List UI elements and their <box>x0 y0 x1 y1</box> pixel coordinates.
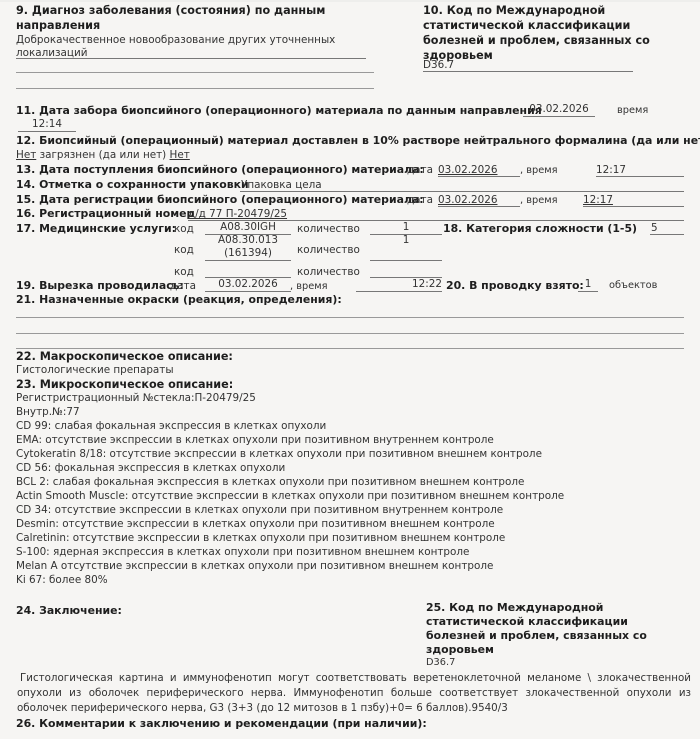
s23-line: Ki 67: более 80% <box>16 573 108 587</box>
s17-row1-code-label: код <box>174 222 194 236</box>
s23-line: CD 99: слабая фокальная экспрессия в кле… <box>16 419 326 433</box>
s21-line-2 <box>16 333 684 334</box>
s13-date: 03.02.2026 <box>438 163 498 177</box>
s12-label: 12. Биопсийный (операционный) материал д… <box>16 133 700 148</box>
s10-label-line3: болезней и проблем, связанных со <box>423 33 650 48</box>
s19-time: 12:22 <box>356 278 442 290</box>
s20-underline <box>578 291 598 292</box>
s20-label: 20. В проводку взято: <box>446 278 584 293</box>
s18-value: 5 <box>651 221 658 235</box>
s10-value: D36.7 <box>423 58 454 72</box>
s23-line: Calretinin: отсутствие экспрессии в клет… <box>16 531 505 545</box>
s17-row2-code-line1: A08.30.013 <box>205 234 291 246</box>
s14-value: Упаковка цела <box>241 178 322 192</box>
s11-time-label: время <box>617 104 648 118</box>
s13-time: 12:17 <box>596 163 626 177</box>
s25-value: D36.7 <box>426 656 455 670</box>
s9-value-line1: Доброкачественное новообразование других… <box>16 33 335 47</box>
s10-label-line1: 10. Код по Международной <box>423 3 605 18</box>
s24-conclusion-text: Гистологическая картина и иммунофенотип … <box>17 671 691 716</box>
s11-time: 12:14 <box>18 118 76 130</box>
s24-label: 24. Заключение: <box>16 603 122 618</box>
s25-label-line4: здоровьем <box>426 642 494 657</box>
s17-row3-code-label: код <box>174 265 194 279</box>
s11-label: 11. Дата забора биопсийного (операционно… <box>16 103 542 118</box>
s15-date-label: дата <box>407 193 433 207</box>
s16-value: д/д 77 П-20479/25 <box>188 207 287 221</box>
s20-unit: объектов <box>609 279 657 293</box>
s17-row1-qty: 1 <box>370 221 442 233</box>
s17-label: 17. Медицинские услуги: <box>16 221 176 236</box>
s15-date-underline <box>438 206 520 207</box>
s15-label: 15. Дата регистрации биопсийного (операц… <box>16 192 424 207</box>
s12-contaminated-label: загрязнен (да или нет) <box>40 149 167 161</box>
s15-time-label: , время <box>520 194 558 208</box>
s14-label: 14. Отметка о сохранности упаковки <box>16 177 249 192</box>
s23-line: Actin Smooth Muscle: отсутствие экспресс… <box>16 489 564 503</box>
s23-line: EMA: отсутствие экспрессии в клетках опу… <box>16 433 494 447</box>
s23-line: CD 34: отсутствие экспрессии в клетках о… <box>16 503 503 517</box>
s25-label-line2: статистической классификации <box>426 614 628 629</box>
s17-row2-code-line2: (161394) <box>205 247 291 259</box>
s10-underline <box>423 71 633 72</box>
s13-date-label: дата <box>407 163 433 177</box>
s22-value: Гистологические препараты <box>16 363 174 377</box>
cut-off-previous-line <box>0 0 700 2</box>
s13-label: 13. Дата поступления биопсийного (операц… <box>16 162 424 177</box>
s9-label-line2: направления <box>16 18 100 33</box>
s23-line: Cytokeratin 8/18: отсутствие экспрессии … <box>16 447 542 461</box>
s26-label: 26. Комментарии к заключению и рекоменда… <box>16 716 427 731</box>
s17-row2-qty: 1 <box>370 234 442 246</box>
s17-row1-code: A08.30IGH <box>205 221 291 233</box>
s18-label: 18. Категория сложности (1-5) <box>443 221 637 236</box>
s23-line: S-100: ядерная экспрессия в клетках опух… <box>16 545 469 559</box>
s17-row2-qty-underline <box>370 260 442 261</box>
s23-line: Desmin: отсутствие экспрессии в клетках … <box>16 517 495 531</box>
s15-time-underline <box>583 206 684 207</box>
s19-label: 19. Вырезка проводилась: <box>16 278 184 293</box>
s12-formalin-value: Нет <box>16 149 36 161</box>
s23-line: Melan A отсутствие экспрессии в клетках … <box>16 559 493 573</box>
s17-row2-code-underline <box>205 260 291 261</box>
s15-time: 12:17 <box>583 193 613 207</box>
s21-line-1 <box>16 317 684 318</box>
s11-time-underline <box>18 131 76 132</box>
s20-value: 1 <box>578 278 598 290</box>
s17-row2-code-label: код <box>174 243 194 257</box>
s17-row1-qty-label: количество <box>297 222 360 236</box>
s23-line: BCL 2: слабая фокальная экспрессия в кле… <box>16 475 524 489</box>
s9-underline-2 <box>16 72 374 73</box>
s23-label: 23. Микроскопическое описание: <box>16 377 233 392</box>
s12-values: Нет загрязнен (да или нет) Нет <box>16 148 190 162</box>
s13-time-underline <box>596 176 684 177</box>
s13-date-underline <box>438 176 520 177</box>
s23-line: CD 56: фокальная экспрессия в клетках оп… <box>16 461 285 475</box>
s16-label: 16. Регистрационный номер <box>16 206 194 221</box>
s10-label-line2: статистической классификации <box>423 18 630 33</box>
s9-underline-1 <box>16 58 366 59</box>
s23-line: Внутр.№:77 <box>16 405 80 419</box>
s21-label: 21. Назначенные окраски (реакция, опреде… <box>16 292 342 307</box>
s17-row2-qty-label: количество <box>297 243 360 257</box>
s25-label-line3: болезней и проблем, связанных со <box>426 628 647 643</box>
s17-row3-qty-label: количество <box>297 265 360 279</box>
s19-date-label: дата <box>170 279 196 293</box>
s23-line: Регистристрационный №стекла:П-20479/25 <box>16 391 256 405</box>
s19-time-underline <box>356 291 442 292</box>
s9-label-line1: 9. Диагноз заболевания (состояния) по да… <box>16 3 325 18</box>
s22-label: 22. Макроскопическое описание: <box>16 349 233 364</box>
s25-label-line1: 25. Код по Международной <box>426 600 603 615</box>
s13-time-label: , время <box>520 164 558 178</box>
s9-underline-3 <box>16 88 374 89</box>
s11-date: 03.02.2026 <box>523 103 595 115</box>
s19-date: 03.02.2026 <box>205 278 291 290</box>
s15-date: 03.02.2026 <box>438 193 498 207</box>
s18-underline <box>650 234 684 235</box>
s12-contaminated-value: Нет <box>170 149 190 161</box>
s11-date-underline <box>523 116 595 117</box>
